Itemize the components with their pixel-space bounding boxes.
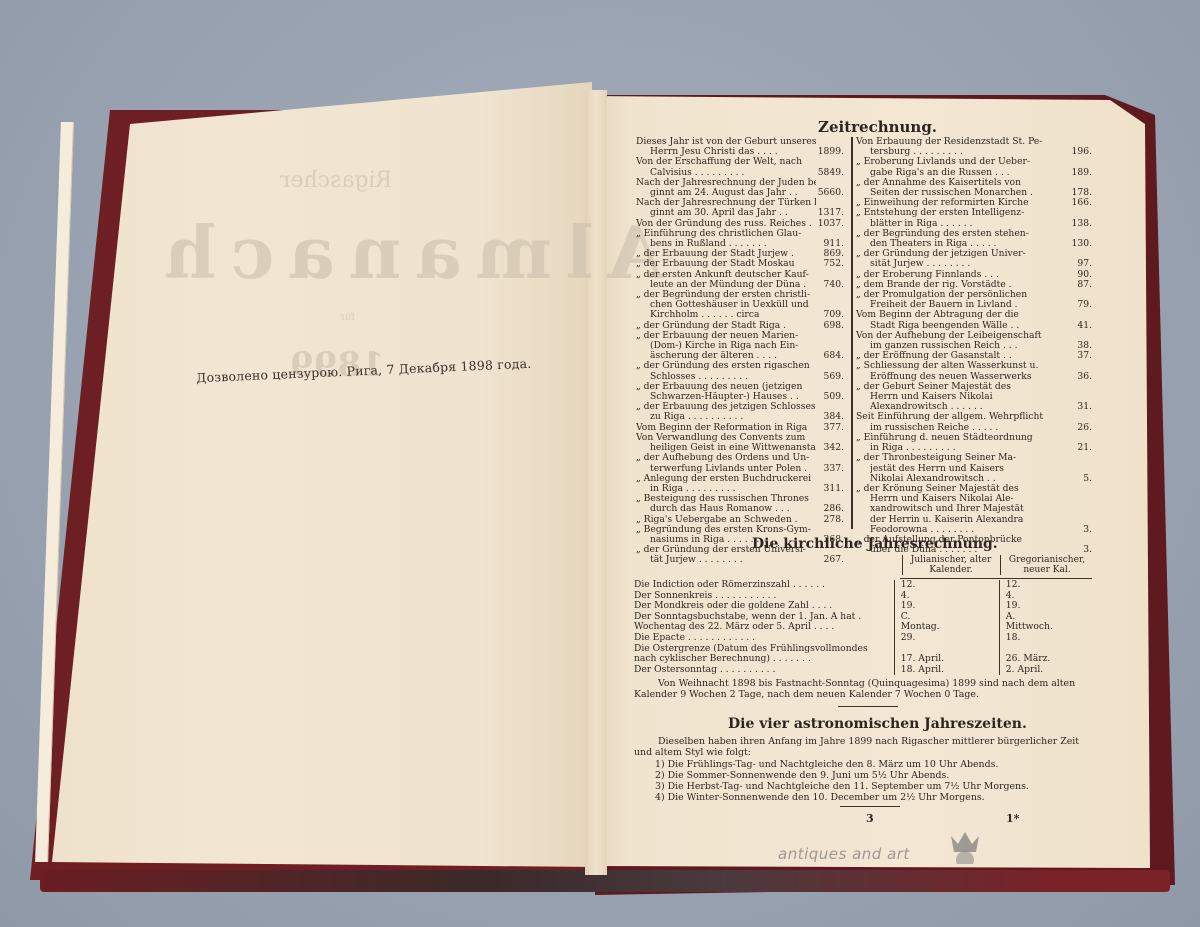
- chronology-entry: den Theaters in Riga . . . . .130.: [856, 239, 1092, 249]
- page-title: Zeitrechnung.: [818, 118, 937, 136]
- entry-text: xandrowitsch und Ihrer Majestät: [870, 504, 1024, 514]
- chronology-entry: Herrn und Kaisers Nikolai Ale-: [856, 494, 1092, 504]
- chronology-entry: Vom Beginn der Abtragung der die: [856, 310, 1092, 320]
- entry-year: 569.: [816, 372, 844, 382]
- entry-text: Seit Einführung der allgem. Wehrpflicht: [856, 412, 1043, 422]
- chronology-entry: leute an der Mündung der Düna .740.: [636, 280, 844, 290]
- ghost-title-small: Rigascher: [280, 168, 392, 193]
- entry-text: „ Begründung des ersten Krons-Gym-: [636, 525, 811, 535]
- julian-header: Julianischer, alter Kalender.: [902, 555, 999, 575]
- entry-text: im russischen Reiche . . . . .: [870, 423, 998, 433]
- chronology-entry: Eröffnung des neuen Wasserwerks36.: [856, 372, 1092, 382]
- chronology-entry: äscherung der älteren . . . .684.: [636, 351, 844, 361]
- entry-text: (Dom-) Kirche in Riga nach Ein-: [650, 341, 798, 351]
- cell-label: Der Sonnenkreis . . . . . . . . . . .: [634, 591, 894, 602]
- chronology-entry: chen Gotteshäuser in Uexküll und: [636, 300, 844, 310]
- chronology-entry: „ der Aufhebung des Ordens und Un-: [636, 453, 844, 463]
- entry-text: Feodorowna . . . . . . . .: [870, 525, 974, 535]
- entry-text: heiligen Geist in eine Wittwenanstalt: [650, 443, 816, 453]
- entry-year: [1064, 494, 1092, 504]
- chronology-entry: „ der Annahme des Kaisertitels von: [856, 178, 1092, 188]
- entry-year: 189.: [1064, 168, 1092, 178]
- church-year-title: Die kirchliche Jahresrechnung.: [752, 536, 998, 552]
- entry-year: 196.: [1064, 147, 1092, 157]
- church-year-row: Wochentag des 22. März oder 5. April . .…: [634, 622, 1094, 633]
- entry-text: „ der Promulgation der persönlichen: [856, 290, 1027, 300]
- chronology-entry: Herrn Jesu Christi das . . . .1899.: [636, 147, 844, 157]
- entry-year: 36.: [1064, 372, 1092, 382]
- entry-year: 3.: [1064, 525, 1092, 535]
- ghost-for: für: [340, 312, 355, 323]
- chronology-entry: „ Besteigung des russischen Thrones: [636, 494, 844, 504]
- entry-year: 1037.: [816, 219, 844, 229]
- chronology-entry: Von der Erschaffung der Welt, nach: [636, 157, 844, 167]
- chronology-entry: blätter in Riga . . . . . .138.: [856, 219, 1092, 229]
- entry-text: „ der Begründung der ersten christli-: [636, 290, 810, 300]
- seasons-intro: Dieselben haben ihren Anfang im Jahre 18…: [634, 736, 1096, 758]
- entry-text: „ Riga's Uebergabe an Schweden .: [636, 515, 798, 525]
- entry-text: nasiums in Riga . . . . . .: [650, 535, 759, 545]
- entry-text: der Herrin u. Kaiserin Alexandra: [870, 515, 1023, 525]
- ghost-title-large: Almanach: [150, 210, 663, 295]
- chronology-entry: „ Riga's Uebergabe an Schweden .278.: [636, 515, 844, 525]
- entry-text: „ Einführung des christlichen Glau-: [636, 229, 801, 239]
- entry-year: [1064, 453, 1092, 463]
- chronology-entry: „ Schliessung der alten Wasserkunst u.: [856, 361, 1092, 371]
- chronology-entry: im ganzen russischen Reich . . .38.: [856, 341, 1092, 351]
- chronology-entry: Schwarzen-Häupter-) Hauses . .509.: [636, 392, 844, 402]
- seasons-title: Die vier astronomischen Jahreszeiten.: [728, 716, 1027, 732]
- entry-text: Nikolai Alexandrowitsch . .: [870, 474, 996, 484]
- entry-year: 5.: [1064, 474, 1092, 484]
- cell-gregorian: 12.: [999, 580, 1094, 591]
- cell-label: Der Ostersonntag . . . . . . . . . .: [634, 665, 894, 676]
- entry-year: 684.: [816, 351, 844, 361]
- signature-mark: 1*: [1006, 812, 1019, 825]
- church-year-row: Die Indiction oder Römerzinszahl . . . .…: [634, 580, 1094, 591]
- entry-text: sität Jurjew . . . . . . . .: [870, 259, 970, 269]
- entry-year: 5849.: [816, 168, 844, 178]
- entry-year: [816, 453, 844, 463]
- entry-text: Herrn und Kaisers Nikolai Ale-: [870, 494, 1014, 504]
- chronology-entry: Nikolai Alexandrowitsch . .5.: [856, 474, 1092, 484]
- entry-text: durch das Haus Romanow . . .: [650, 504, 790, 514]
- entry-text: Freiheit der Bauern in Livland .: [870, 300, 1018, 310]
- chronology-entry: Von Verwandlung des Convents zum: [636, 433, 844, 443]
- entry-text: „ der Erbauung der Stadt Jurjew .: [636, 249, 794, 259]
- entry-text: blätter in Riga . . . . . .: [870, 219, 972, 229]
- chronology-entry: „ Einweihung der reformirten Kirche166.: [856, 198, 1092, 208]
- chronology-entry: „ der Begründung des ersten stehen-: [856, 229, 1092, 239]
- entry-text: Stadt Riga beengenden Wälle . .: [870, 321, 1019, 331]
- chronology-entry: ginnt am 30. April das Jahr . .1317.: [636, 208, 844, 218]
- entry-text: „ der Eröffnung der Gasanstalt . .: [856, 351, 1012, 361]
- entry-text: „ dem Brande der rig. Vorstädte .: [856, 280, 1012, 290]
- entry-text: „ der Begründung des ersten stehen-: [856, 229, 1029, 239]
- chronology-entry: „ der Erbauung der Stadt Jurjew .869.: [636, 249, 844, 259]
- gregorian-header: Gregorianischer, neuer Kal.: [1000, 555, 1093, 575]
- entry-year: 698.: [816, 321, 844, 331]
- cell-julian: 12.: [894, 580, 999, 591]
- chronology-entry: „ der Geburt Seiner Majestät des: [856, 382, 1092, 392]
- book-gutter: [585, 90, 607, 875]
- entry-year: 166.: [1064, 198, 1092, 208]
- entry-text: „ Schliessung der alten Wasserkunst u.: [856, 361, 1038, 371]
- chronology-entry: ginnt am 24. August das Jahr . .5660.: [636, 188, 844, 198]
- entry-text: gabe Riga's an die Russen . . .: [870, 168, 1010, 178]
- chronology-entry: „ der Erbauung des jetzigen Schlosses: [636, 402, 844, 412]
- entry-text: „ Einführung d. neuen Städteordnung: [856, 433, 1033, 443]
- chronology-entry: bens in Rußland . . . . . . .911.: [636, 239, 844, 249]
- entry-text: Schlosses . . . . . . . . .: [650, 372, 748, 382]
- entry-text: Dieses Jahr ist von der Geburt unseres: [636, 137, 816, 147]
- chronology-entry: „ der Erbauung der Stadt Moskau752.: [636, 259, 844, 269]
- entry-text: „ der Annahme des Kaisertitels von: [856, 178, 1021, 188]
- chronology-entry: Alexandrowitsch . . . . . .31.: [856, 402, 1092, 412]
- chronology-entry: terwerfung Livlands unter Polen .337.: [636, 464, 844, 474]
- entry-year: 377.: [816, 423, 844, 433]
- chronology-entry: Schlosses . . . . . . . . .569.: [636, 372, 844, 382]
- chronology-entry: Von der Aufhebung der Leibeigenschaft: [856, 331, 1092, 341]
- entry-text: im ganzen russischen Reich . . .: [870, 341, 1018, 351]
- entry-text: Eröffnung des neuen Wasserwerks: [870, 372, 1032, 382]
- entry-text: „ Eroberung Livlands und der Ueber-: [856, 157, 1030, 167]
- page-number: 3: [866, 812, 874, 825]
- entry-text: Von Verwandlung des Convents zum: [636, 433, 805, 443]
- entry-text: tät Jurjew . . . . . . . .: [650, 555, 743, 565]
- cell-julian: 18. April.: [894, 665, 999, 676]
- entry-year: 1899.: [816, 147, 844, 157]
- entry-year: 311.: [816, 484, 844, 494]
- entry-text: „ der Eroberung Finnlands . . .: [856, 270, 999, 280]
- church-year-row: Der Ostersonntag . . . . . . . . . .18. …: [634, 665, 1094, 676]
- entry-year: [816, 331, 844, 341]
- chronology-entry: Stadt Riga beengenden Wälle . .41.: [856, 321, 1092, 331]
- season-item: 1) Die Frühlings-Tag- und Nachtgleiche d…: [655, 759, 1095, 770]
- chronology-entry: Freiheit der Bauern in Livland .79.: [856, 300, 1092, 310]
- entry-year: 37.: [1064, 351, 1092, 361]
- church-year-note: Von Weihnacht 1898 bis Fastnacht-Sonntag…: [634, 678, 1096, 700]
- chronology-entry: Seiten der russischen Monarchen .178.: [856, 188, 1092, 198]
- cell-label: Die Ostergrenze (Datum des Frühlingsvoll…: [634, 644, 894, 655]
- chronology-entry: „ der Gründung der jetzigen Univer-: [856, 249, 1092, 259]
- chronology-entry: gabe Riga's an die Russen . . .189.: [856, 168, 1092, 178]
- entry-text: „ der Krönung Seiner Majestät des: [856, 484, 1019, 494]
- chronology-entry: tersburg . . . . . . . . .196.: [856, 147, 1092, 157]
- cell-gregorian: 2. April.: [999, 665, 1094, 676]
- entry-text: in Riga . . . . . . . . .: [870, 443, 956, 453]
- chronology-entry: „ dem Brande der rig. Vorstädte .87.: [856, 280, 1092, 290]
- chronology-left-column: Dieses Jahr ist von der Geburt unseresHe…: [636, 137, 844, 566]
- entry-text: terwerfung Livlands unter Polen .: [650, 464, 807, 474]
- entry-year: 337.: [816, 464, 844, 474]
- chronology-entry: „ der ersten Ankunft deutscher Kauf-: [636, 270, 844, 280]
- season-item: 3) Die Herbst-Tag- und Nachtgleiche den …: [655, 781, 1095, 792]
- chronology-right-column: Von Erbauung der Residenzstadt St. Pe-te…: [856, 137, 1092, 555]
- entry-year: [1064, 504, 1092, 514]
- entry-text: Von der Erschaffung der Welt, nach: [636, 157, 802, 167]
- chronology-entry: Calvisius . . . . . . . . .5849.: [636, 168, 844, 178]
- cell-label: nach cyklischer Berechnung) . . . . . . …: [634, 654, 894, 665]
- season-item: 4) Die Winter-Sonnenwende den 10. Decemb…: [655, 792, 1095, 803]
- church-year-row: Die Epacte . . . . . . . . . . . .29.18.: [634, 633, 1094, 644]
- entry-text: Von der Gründung des russ. Reiches .: [636, 219, 812, 229]
- chronology-entry: „ Begründung des ersten Krons-Gym-: [636, 525, 844, 535]
- column-divider: [851, 137, 853, 529]
- chronology-entry: Nach der Jahresrechnung der Juden be-: [636, 178, 844, 188]
- entry-text: zu Riga . . . . . . . . . .: [650, 412, 743, 422]
- entry-text: tersburg . . . . . . . . .: [870, 147, 963, 157]
- season-item: 2) Die Sommer-Sonnenwende den 9. Juni um…: [655, 770, 1095, 781]
- entry-text: „ Besteigung des russischen Thrones: [636, 494, 809, 504]
- chronology-entry: xandrowitsch und Ihrer Majestät: [856, 504, 1092, 514]
- chronology-entry: zu Riga . . . . . . . . . .384.: [636, 412, 844, 422]
- entry-text: „ der Erbauung des jetzigen Schlosses: [636, 402, 816, 412]
- entry-text: „ der Erbauung der Stadt Moskau: [636, 259, 795, 269]
- cell-label: Die Indiction oder Römerzinszahl . . . .…: [634, 580, 894, 591]
- chronology-entry: Von Erbauung der Residenzstadt St. Pe-: [856, 137, 1092, 147]
- chronology-entry: Vom Beginn der Reformation in Riga377.: [636, 423, 844, 433]
- entry-text: bens in Rußland . . . . . . .: [650, 239, 767, 249]
- entry-text: „ der Erbauung der neuen Marien-: [636, 331, 798, 341]
- left-page: [52, 82, 592, 867]
- church-year-row: Der Mondkreis oder die goldene Zahl . . …: [634, 601, 1094, 612]
- entry-year: 740.: [816, 280, 844, 290]
- chronology-entry: „ Einführung des christlichen Glau-: [636, 229, 844, 239]
- entry-text: Kirchholm . . . . . . circa: [650, 310, 759, 320]
- entry-year: 41.: [1064, 321, 1092, 331]
- entry-year: 3.: [1064, 545, 1092, 555]
- entry-text: ginnt am 30. April das Jahr . .: [650, 208, 788, 218]
- chronology-entry: „ der Gründung der Stadt Riga .698.: [636, 321, 844, 331]
- chronology-entry: durch das Haus Romanow . . .286.: [636, 504, 844, 514]
- chronology-entry: jestät des Herrn und Kaisers: [856, 464, 1092, 474]
- section-rule: [838, 706, 898, 707]
- chronology-entry: „ der Begründung der ersten christli-: [636, 290, 844, 300]
- entry-year: [1064, 484, 1092, 494]
- chronology-entry: Seit Einführung der allgem. Wehrpflicht: [856, 412, 1092, 422]
- chronology-entry: heiligen Geist in eine Wittwenanstalt342…: [636, 443, 844, 453]
- entry-year: 130.: [1064, 239, 1092, 249]
- entry-text: „ der ersten Ankunft deutscher Kauf-: [636, 270, 809, 280]
- entry-text: ginnt am 24. August das Jahr . .: [650, 188, 798, 198]
- entry-text: jestät des Herrn und Kaisers: [870, 464, 1004, 474]
- entry-text: chen Gotteshäuser in Uexküll und: [650, 300, 809, 310]
- entry-text: Herrn Jesu Christi das . . . .: [650, 147, 778, 157]
- entry-text: „ Entstehung der ersten Intelligenz-: [856, 208, 1024, 218]
- chronology-entry: Feodorowna . . . . . . . .3.: [856, 525, 1092, 535]
- entry-text: Seiten der russischen Monarchen .: [870, 188, 1033, 198]
- seasons-list: 1) Die Frühlings-Tag- und Nachtgleiche d…: [655, 759, 1095, 803]
- chronology-entry: tät Jurjew . . . . . . . .267.: [636, 555, 844, 565]
- chronology-entry: in Riga . . . . . . . . .311.: [636, 484, 844, 494]
- chronology-entry: „ der Eroberung Finnlands . . .90.: [856, 270, 1092, 280]
- entry-text: in Riga . . . . . . . . .: [650, 484, 736, 494]
- watermark-text: antiques and art: [778, 845, 910, 863]
- entry-year: 26.: [1064, 423, 1092, 433]
- entry-text: Nach der Jahresrechnung der Juden be-: [636, 178, 816, 188]
- entry-year: [1064, 382, 1092, 392]
- chronology-entry: „ der Gründung des ersten rigaschen: [636, 361, 844, 371]
- entry-text: „ Einweihung der reformirten Kirche: [856, 198, 1029, 208]
- entry-text: „ der Thronbesteigung Seiner Ma-: [856, 453, 1016, 463]
- entry-year: 31.: [1064, 402, 1092, 412]
- chronology-entry: Von der Gründung des russ. Reiches .1037…: [636, 219, 844, 229]
- chronology-entry: (Dom-) Kirche in Riga nach Ein-: [636, 341, 844, 351]
- entry-text: Nach der Jahresrechnung der Türken be-: [636, 198, 816, 208]
- cell-gregorian: 18.: [999, 633, 1094, 644]
- entry-text: Vom Beginn der Reformation in Riga: [636, 423, 807, 433]
- entry-text: Alexandrowitsch . . . . . .: [870, 402, 983, 412]
- chronology-entry: „ der Erbauung der neuen Marien-: [636, 331, 844, 341]
- entry-year: 286.: [816, 504, 844, 514]
- entry-text: Calvisius . . . . . . . . .: [650, 168, 744, 178]
- entry-text: äscherung der älteren . . . .: [650, 351, 777, 361]
- entry-text: Von Erbauung der Residenzstadt St. Pe-: [856, 137, 1042, 147]
- entry-text: „ der Gründung der jetzigen Univer-: [856, 249, 1026, 259]
- entry-year: 5660.: [816, 188, 844, 198]
- cell-julian: 29.: [894, 633, 999, 644]
- entry-year: 267.: [816, 555, 844, 565]
- entry-year: 87.: [1064, 280, 1092, 290]
- chronology-entry: in Riga . . . . . . . . .21.: [856, 443, 1092, 453]
- entry-year: 138.: [1064, 219, 1092, 229]
- entry-year: 342.: [816, 443, 844, 453]
- entry-year: 278.: [816, 515, 844, 525]
- chronology-entry: der Herrin u. Kaiserin Alexandra: [856, 515, 1092, 525]
- header-rule: [900, 578, 1092, 579]
- chronology-entry: „ der Promulgation der persönlichen: [856, 290, 1092, 300]
- footer-rule: [840, 806, 900, 807]
- entry-text: „ der Erbauung des neuen (jetzigen: [636, 382, 802, 392]
- cell-label: Der Mondkreis oder die goldene Zahl . . …: [634, 601, 894, 612]
- crown-icon: [948, 830, 982, 864]
- chronology-entry: „ der Eröffnung der Gasanstalt . .37.: [856, 351, 1092, 361]
- cell-label: Der Sonntagsbuchstabe, wenn der 1. Jan. …: [634, 612, 894, 623]
- entry-text: den Theaters in Riga . . . . .: [870, 239, 996, 249]
- entry-year: 509.: [816, 392, 844, 402]
- entry-text: „ der Gründung des ersten rigaschen: [636, 361, 810, 371]
- cell-label: Die Epacte . . . . . . . . . . . .: [634, 633, 894, 644]
- entry-text: „ der Geburt Seiner Majestät des: [856, 382, 1011, 392]
- entry-text: Von der Aufhebung der Leibeigenschaft: [856, 331, 1042, 341]
- cell-label: Wochentag des 22. März oder 5. April . .…: [634, 622, 894, 633]
- entry-text: „ Anlegung der ersten Buchdruckerei: [636, 474, 811, 484]
- entry-year: [816, 290, 844, 300]
- entry-year: 21.: [1064, 443, 1092, 453]
- entry-text: „ der Gründung der Stadt Riga .: [636, 321, 786, 331]
- chronology-entry: im russischen Reiche . . . . .26.: [856, 423, 1092, 433]
- chronology-entry: „ der Erbauung des neuen (jetzigen: [636, 382, 844, 392]
- chronology-entry: Nach der Jahresrechnung der Türken be-: [636, 198, 844, 208]
- entry-text: Vom Beginn der Abtragung der die: [856, 310, 1019, 320]
- entry-text: Schwarzen-Häupter-) Hauses . .: [650, 392, 799, 402]
- chronology-entry: „ Eroberung Livlands und der Ueber-: [856, 157, 1092, 167]
- chronology-entry: Herrn und Kaisers Nikolai: [856, 392, 1092, 402]
- chronology-entry: „ Entstehung der ersten Intelligenz-: [856, 208, 1092, 218]
- chronology-entry: Dieses Jahr ist von der Geburt unseres: [636, 137, 844, 147]
- church-year-row: Der Sonnenkreis . . . . . . . . . . .4.4…: [634, 591, 1094, 602]
- entry-text: Herrn und Kaisers Nikolai: [870, 392, 993, 402]
- chronology-entry: sität Jurjew . . . . . . . .97.: [856, 259, 1092, 269]
- entry-text: leute an der Mündung der Düna .: [650, 280, 806, 290]
- entry-year: 79.: [1064, 300, 1092, 310]
- entry-year: 752.: [816, 259, 844, 269]
- entry-text: „ der Aufhebung des Ordens und Un-: [636, 453, 809, 463]
- chronology-entry: „ der Thronbesteigung Seiner Ma-: [856, 453, 1092, 463]
- chronology-entry: „ Anlegung der ersten Buchdruckerei: [636, 474, 844, 484]
- chronology-entry: Kirchholm . . . . . . circa709.: [636, 310, 844, 320]
- church-year-table: Die Indiction oder Römerzinszahl . . . .…: [634, 580, 1094, 675]
- chronology-entry: „ Einführung d. neuen Städteordnung: [856, 433, 1092, 443]
- chronology-entry: „ der Krönung Seiner Majestät des: [856, 484, 1092, 494]
